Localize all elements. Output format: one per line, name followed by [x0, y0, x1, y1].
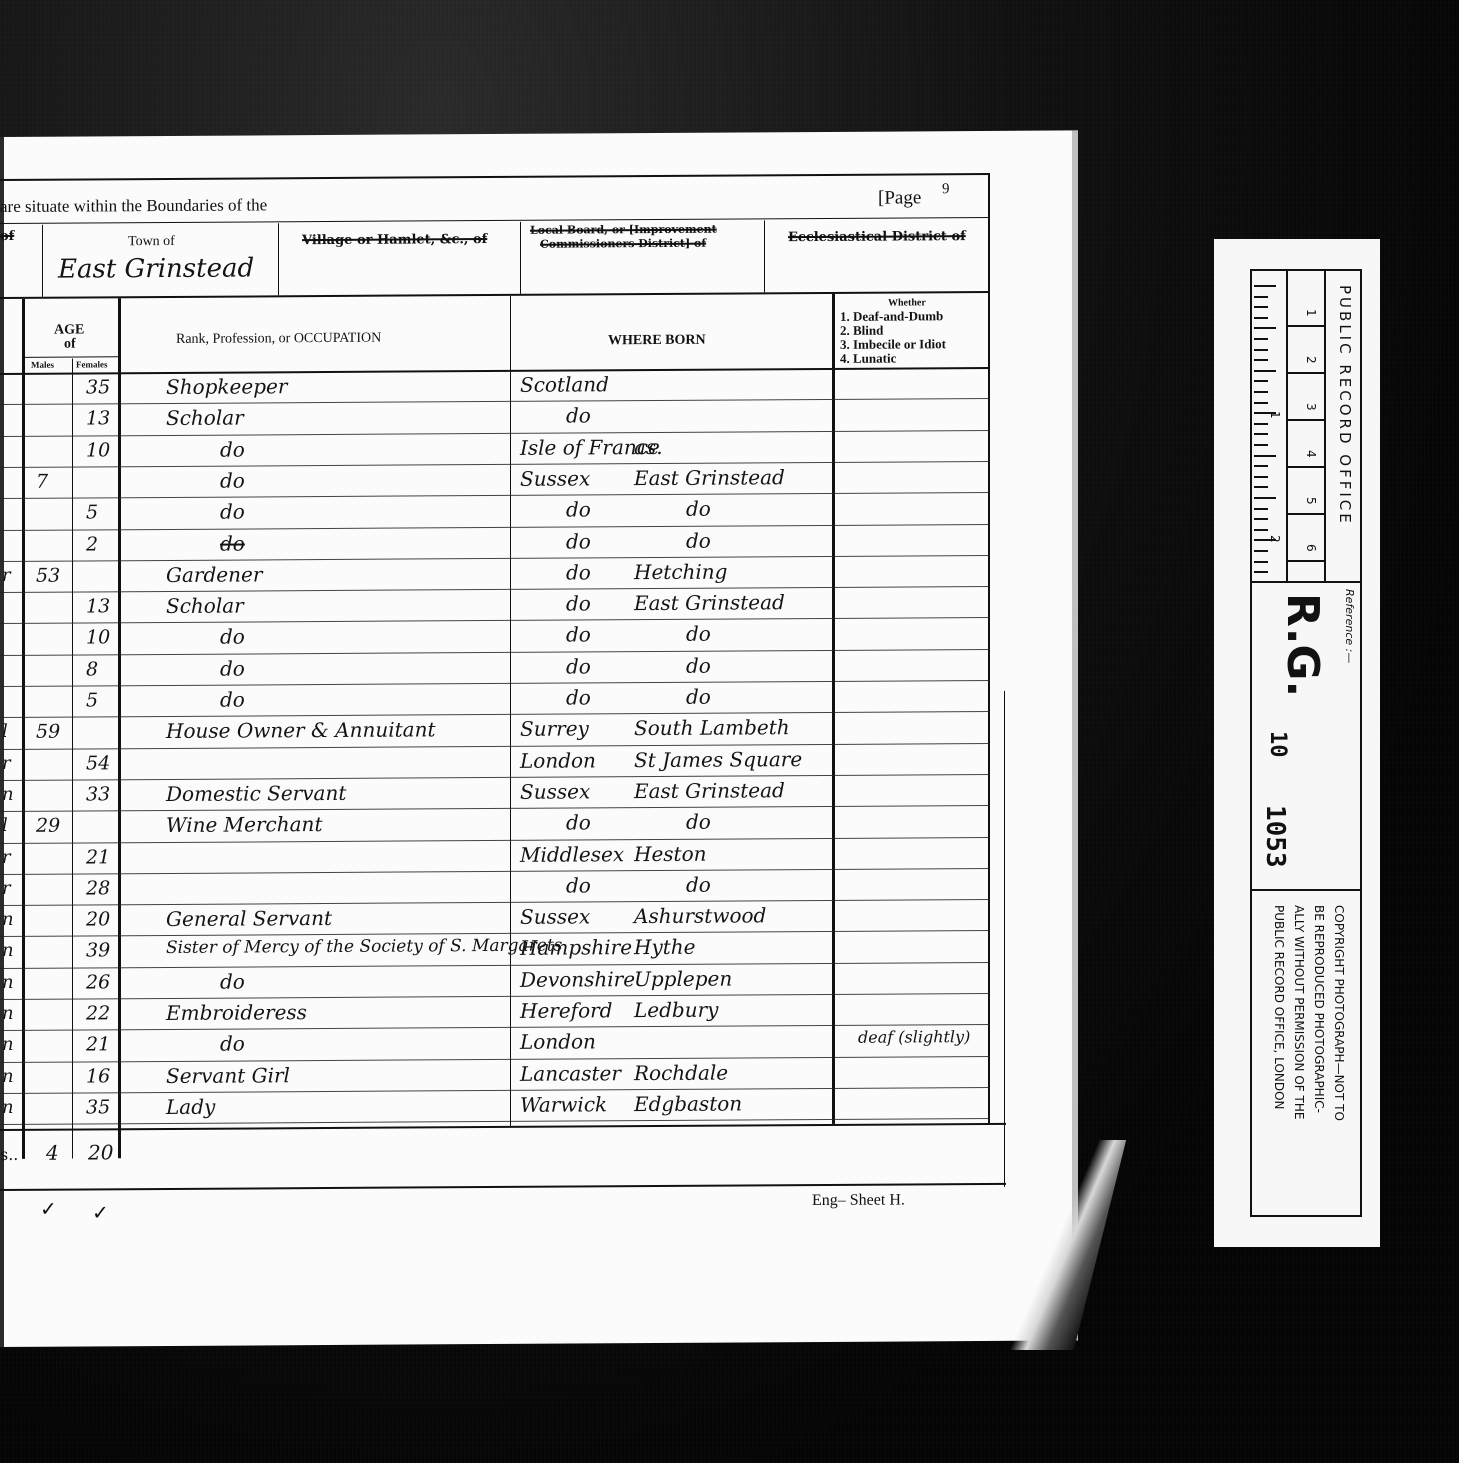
town-value: East Grinstead	[58, 253, 254, 284]
born-place-cell: Upplepen	[634, 966, 732, 991]
occupation-cell: do	[220, 656, 245, 680]
age-female-cell: 8	[86, 658, 98, 680]
ruler-tick	[1254, 391, 1268, 393]
age-female-cell: 5	[86, 502, 98, 524]
row-rule	[0, 899, 990, 906]
infirmity-item: 1. Deaf-and-Dumb	[840, 309, 946, 324]
scale-number: 2	[1304, 356, 1318, 364]
reference-prefix: R.G.	[1277, 593, 1328, 697]
division-divider	[42, 225, 43, 297]
village-label: Village or Hamlet, &c., of	[302, 232, 487, 248]
condition-cell: n	[2, 940, 14, 961]
born-place-cell: East Grinstead	[634, 465, 785, 490]
local-board-label-1: Local Board, or [Improvement	[530, 223, 717, 237]
condition-cell: l	[2, 721, 8, 742]
scale-divider	[1288, 466, 1324, 468]
infirmity-cell: deaf (slightly)	[858, 1027, 970, 1047]
born-county-cell: London	[520, 1030, 596, 1054]
totals-bottom-rule	[0, 1183, 1006, 1191]
row-rule	[0, 836, 990, 843]
total-males: 4	[46, 1141, 59, 1165]
born-place-cell: Rochdale	[634, 1060, 728, 1085]
town-label: Town of	[128, 234, 175, 250]
condition-cell: n	[2, 1097, 14, 1118]
sheet-label: Eng– Sheet H.	[812, 1191, 905, 1210]
occupation-cell: do	[220, 468, 245, 492]
age-female-cell: 13	[86, 408, 110, 430]
ruler-tick	[1254, 465, 1268, 467]
scale-divider	[1288, 325, 1324, 327]
born-place-cell: Ashurstwood	[634, 903, 766, 928]
born-county-cell: Sussex	[520, 779, 590, 803]
infirmity-title: Whether	[888, 297, 926, 308]
ruler-tick	[1254, 338, 1268, 340]
occupation-header: Rank, Profession, or OCCUPATION	[176, 331, 381, 348]
condition-cell: n	[2, 909, 14, 930]
age-mid-border	[72, 359, 73, 1159]
row-rule	[0, 993, 990, 1000]
total-females: 20	[88, 1140, 113, 1164]
occupation-cell: do	[220, 500, 245, 524]
occupation-cell: House Owner & Annuitant	[166, 718, 436, 744]
ruler-tick	[1254, 402, 1268, 404]
occupation-cell: do	[220, 688, 245, 712]
scale-number: 4	[1304, 450, 1318, 458]
condition-cell: r	[2, 753, 11, 774]
ruler-tick	[1254, 455, 1276, 457]
copyright-line: COPYRIGHT PHOTOGRAPH—NOT TO	[1332, 905, 1346, 1121]
ruler-tick	[1254, 550, 1268, 552]
age-female-cell: 16	[86, 1065, 110, 1087]
born-county-cell: Hampshire	[520, 936, 632, 961]
age-female-cell: 39	[86, 940, 110, 962]
ruler-tick	[1254, 359, 1268, 361]
condition-cell: n	[2, 784, 14, 805]
scale-divider	[1288, 419, 1324, 421]
occupation-cell: Domestic Servant	[166, 781, 346, 806]
top-rule	[0, 173, 990, 181]
ruler-box: 12345612 PUBLIC RECORD OFFICE	[1252, 271, 1360, 583]
born-county-cell: Scotland	[520, 372, 609, 397]
copyright-box: COPYRIGHT PHOTOGRAPH—NOT TO BE REPRODUCE…	[1252, 889, 1360, 1217]
reference-slip: 12345612 PUBLIC RECORD OFFICE Reference …	[1214, 239, 1380, 1247]
occupation-cell: Shopkeeper	[166, 374, 287, 399]
ruler-divider	[1324, 271, 1326, 581]
header-fragment: are situate within the Boundaries of the	[0, 195, 267, 217]
ruler-tick	[1254, 529, 1268, 531]
ruler-tick	[1254, 476, 1268, 478]
ruler-tick	[1254, 518, 1268, 520]
born-place-cell: as.	[634, 435, 663, 459]
age-female-cell: 5	[86, 689, 98, 711]
ruler-tick	[1254, 349, 1268, 351]
age-male-cell: 59	[36, 721, 60, 743]
row-rule	[0, 649, 990, 656]
age-female-cell: 10	[86, 439, 110, 461]
row-rule	[0, 805, 990, 812]
ruler-tick	[1254, 444, 1268, 446]
born-county-cell: do	[566, 498, 591, 522]
occupation-cell: Servant Girl	[166, 1063, 290, 1088]
ecclesiastical-label: Ecclesiastical District of	[788, 229, 966, 245]
ruler-tick	[1254, 423, 1268, 425]
slip-frame: 12345612 PUBLIC RECORD OFFICE Reference …	[1250, 269, 1362, 1217]
born-place-cell: do	[686, 622, 711, 646]
born-place-cell: Edgbaston	[634, 1091, 742, 1116]
scale-number: 6	[1304, 544, 1318, 552]
born-place-cell: do	[686, 810, 711, 834]
row-rule	[0, 586, 990, 593]
females-header: Females	[76, 359, 108, 369]
age-female-cell: 21	[86, 846, 110, 868]
body-top-rule	[0, 367, 990, 375]
born-county-cell: do	[566, 623, 591, 647]
slip-title: PUBLIC RECORD OFFICE	[1336, 285, 1354, 526]
born-place-cell: do	[686, 653, 711, 677]
local-board-label-2: Commissioners District] of	[540, 237, 706, 251]
row-rule	[0, 711, 990, 718]
born-place-cell: do	[686, 685, 711, 709]
age-sub-rule	[24, 356, 118, 358]
condition-cell: n	[2, 1066, 14, 1087]
born-county-cell: do	[566, 404, 591, 428]
reference-piece: 1053	[1260, 805, 1290, 868]
division-divider	[520, 222, 521, 294]
born-county-cell: do	[566, 873, 591, 897]
born-place-cell: do	[686, 497, 711, 521]
ruler-tick	[1254, 370, 1276, 372]
age-female-cell: 10	[86, 627, 110, 649]
ruler-divider	[1286, 271, 1288, 581]
occupation-right-border	[510, 296, 511, 1126]
row-rule	[0, 680, 990, 687]
condition-cell: r	[2, 846, 11, 867]
column-header-rule	[0, 291, 990, 299]
census-page: are situate within the Boundaries of the…	[0, 130, 1078, 1347]
ruler-tick	[1254, 317, 1268, 319]
row-rule	[0, 617, 990, 624]
occupation-cell: General Servant	[166, 906, 332, 931]
where-born-right-border	[832, 294, 835, 1124]
ruler-tick	[1254, 380, 1268, 382]
occupation-cell: Lady	[166, 1095, 215, 1119]
ruler-tick	[1254, 508, 1268, 510]
born-county-cell: Lancaster	[520, 1061, 621, 1086]
occupation-cell: Scholar	[166, 594, 244, 618]
check-mark-males: ✓	[40, 1197, 57, 1221]
born-county-cell: do	[566, 591, 591, 615]
row-rule	[0, 555, 990, 562]
born-county-cell: Middlesex	[520, 842, 624, 867]
copyright-line: ALLY WITHOUT PERMISSION OF THE	[1292, 905, 1306, 1119]
ruler-tick	[1254, 306, 1268, 308]
born-county-cell: Sussex	[520, 466, 590, 490]
row-rule	[0, 430, 990, 437]
occupation-cell: do	[220, 437, 245, 461]
born-place-cell: South Lambeth	[634, 715, 790, 740]
scale-divider	[1288, 372, 1324, 374]
copyright-line: BE REPRODUCED PHOTOGRAPHIC-	[1312, 905, 1326, 1113]
born-county-cell: London	[520, 748, 596, 772]
age-of: of	[64, 337, 76, 353]
division-divider	[278, 223, 279, 295]
age-female-cell: 2	[86, 533, 98, 555]
row-rule	[0, 962, 990, 969]
born-county-cell: do	[566, 685, 591, 709]
row-rule	[0, 774, 990, 781]
born-county-cell: Sussex	[520, 904, 590, 928]
age-male-cell: 29	[36, 815, 60, 837]
occupation-cell: do	[220, 625, 245, 649]
copyright-line: PUBLIC RECORD OFFICE, LONDON	[1272, 905, 1286, 1110]
age-female-cell: 28	[86, 877, 110, 899]
males-header: Males	[31, 360, 54, 370]
reference-label: Reference :—	[1343, 589, 1356, 663]
age-female-cell: 35	[86, 376, 110, 398]
born-place-cell: East Grinstead	[634, 778, 785, 803]
born-place-cell: Ledbury	[634, 998, 718, 1023]
age-female-cell: 54	[86, 752, 110, 774]
ruler-tick	[1254, 296, 1268, 298]
inch-mark: 2	[1268, 535, 1282, 543]
right-edge-line	[1004, 691, 1005, 1187]
born-county-cell: Devonshire	[520, 967, 635, 992]
age-female-cell: 26	[86, 971, 110, 993]
occupation-cell: Gardener	[166, 562, 262, 587]
age-female-cell: 20	[86, 908, 110, 930]
condition-cell: n	[2, 1034, 14, 1055]
infirmity-item: 4. Lunatic	[840, 351, 946, 366]
occupation-cell: Embroideress	[166, 1000, 307, 1025]
born-place-cell: Hetching	[634, 559, 727, 584]
row-rule	[0, 492, 990, 499]
age-male-cell: 53	[36, 564, 60, 586]
scale-number: 1	[1304, 309, 1318, 317]
born-place-cell: Hythe	[634, 935, 696, 959]
scale-number: 5	[1304, 497, 1318, 505]
row-rule	[0, 461, 990, 468]
age-female-cell: 35	[86, 1096, 110, 1118]
ruler-tick	[1254, 433, 1268, 435]
scale-number: 3	[1304, 403, 1318, 411]
division-divider	[764, 220, 765, 292]
born-county-cell: do	[566, 811, 591, 835]
ruler-tick	[1254, 327, 1276, 329]
row-rule	[0, 398, 990, 405]
row-rule	[0, 523, 990, 530]
row-rule	[0, 1056, 990, 1063]
partial-division-label: of	[0, 229, 14, 244]
row-rule	[0, 868, 990, 875]
condition-cell: r	[2, 565, 11, 586]
born-county-cell: do	[566, 529, 591, 553]
condition-cell: l	[2, 815, 8, 836]
page-label: [Page	[878, 187, 921, 209]
born-place-cell: do	[686, 872, 711, 896]
born-county-cell: do	[566, 654, 591, 678]
age-male-cell: 7	[36, 471, 48, 493]
check-mark-females: ✓	[92, 1200, 109, 1224]
scale-divider	[1288, 513, 1324, 515]
inch-mark: 1	[1268, 411, 1282, 419]
born-place-cell: East Grinstead	[634, 590, 785, 615]
scale-divider	[1288, 560, 1324, 562]
ruler-tick	[1254, 486, 1268, 488]
reference-series: 10	[1265, 731, 1290, 758]
page-number: 9	[942, 181, 950, 198]
division-rule	[0, 217, 990, 224]
born-county-cell: Surrey	[520, 717, 589, 741]
occupation-cell: do	[220, 1032, 245, 1056]
born-place-cell: St James Square	[634, 747, 802, 772]
ruler-tick	[1254, 497, 1276, 499]
condition-cell: n	[2, 1003, 14, 1024]
born-county-cell: Warwick	[520, 1092, 607, 1117]
occupation-cell: Wine Merchant	[166, 812, 322, 837]
row-rule	[0, 743, 990, 750]
row-rule	[0, 1087, 990, 1094]
ruler-tick	[1254, 571, 1268, 573]
age-female-cell: 13	[86, 595, 110, 617]
where-born-header: WHERE BORN	[608, 333, 706, 350]
born-county-cell: Hereford	[520, 998, 612, 1023]
age-female-cell: 22	[86, 1002, 110, 1024]
occupation-cell: do	[220, 969, 245, 993]
born-place-cell: do	[686, 528, 711, 552]
ruler-tick	[1254, 285, 1276, 287]
occupation-cell: Scholar	[166, 406, 244, 430]
born-place-cell: Heston	[634, 841, 707, 865]
occupation-cell: do	[220, 531, 245, 555]
row-rule	[0, 1024, 990, 1031]
infirmity-list: 1. Deaf-and-Dumb 2. Blind 3. Imbecile or…	[840, 309, 946, 366]
age-female-cell: 33	[86, 783, 110, 805]
totals-label: s..	[0, 1145, 18, 1164]
age-female-cell: 21	[86, 1034, 110, 1056]
condition-cell: n	[2, 972, 14, 993]
condition-cell: r	[2, 878, 11, 899]
occupation-cell: Sister of Mercy of the Society of S. Mar…	[166, 936, 562, 958]
ruler-tick	[1254, 561, 1268, 563]
born-county-cell: do	[566, 560, 591, 584]
